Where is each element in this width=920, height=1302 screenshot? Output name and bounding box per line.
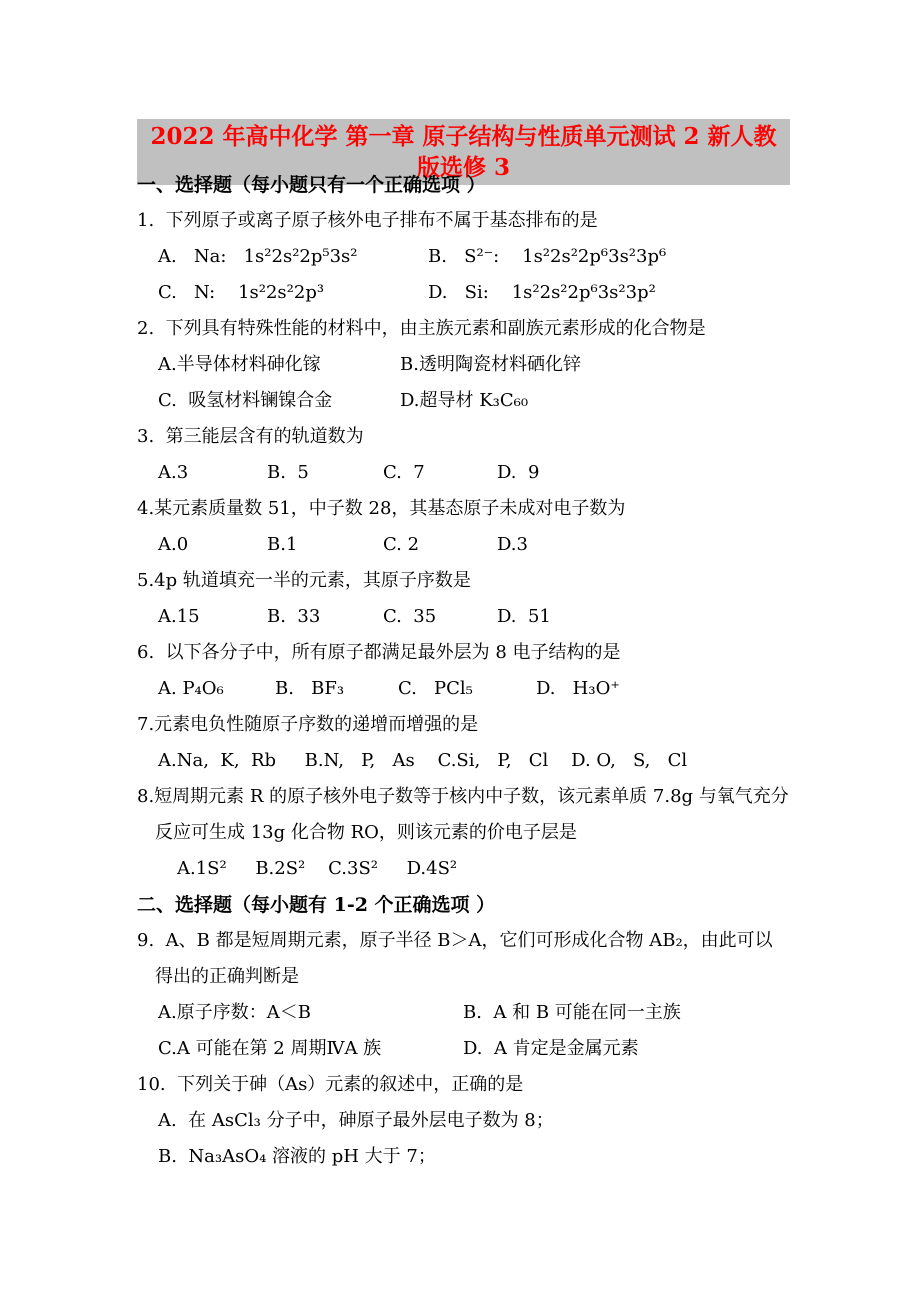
question-8-options-row: A.1S² B.2S² C.3S² D.4S²	[137, 851, 790, 887]
question-4-option-b: B.1	[267, 527, 383, 563]
question-1-option-c: C. N: 1s²2s²2p³	[158, 275, 428, 311]
question-3-options-row: A.3 B. 5 C. 7 D. 9	[137, 455, 790, 491]
document-page: 2022 年高中化学 第一章 原子结构与性质单元测试 2 新人教版选修 3 一、…	[0, 0, 920, 1302]
question-1-option-b: B. S²⁻: 1s²2s²2p⁶3s²3p⁶	[428, 239, 790, 275]
question-10-option-b: B. Na₃AsO₄ 溶液的 pH 大于 7；	[158, 1139, 790, 1175]
question-9-option-a: A.原子序数：A＜B	[158, 995, 463, 1031]
question-9-option-c: C.A 可能在第 2 周期ⅣA 族	[158, 1031, 463, 1067]
question-6-option-c: C. PCl₅	[398, 671, 536, 707]
question-5-option-b: B. 33	[267, 599, 383, 635]
question-2-option-c: C. 吸氢材料镧镍合金	[158, 383, 400, 419]
question-8-text: 8.短周期元素 R 的原子核外电子数等于核内中子数，该元素单质 7.8g 与氧气…	[137, 779, 790, 851]
question-6-option-a: A. P₄O₆	[158, 671, 275, 707]
question-10-option-a-row: A. 在 AsCl₃ 分子中，砷原子最外层电子数为 8；	[137, 1103, 790, 1139]
question-3-option-b: B. 5	[267, 455, 383, 491]
question-9-options-row-1: A.原子序数：A＜B B. A 和 B 可能在同一主族	[137, 995, 790, 1031]
question-1-options-row-2: C. N: 1s²2s²2p³ D. Si: 1s²2s²2p⁶3s²3p²	[137, 275, 790, 311]
title-row: 2022 年高中化学 第一章 原子结构与性质单元测试 2 新人教版选修 3	[137, 119, 790, 155]
question-1-options-row-1: A. Na: 1s²2s²2p⁵3s² B. S²⁻: 1s²2s²2p⁶3s²…	[137, 239, 790, 275]
question-6-option-d: D. H₃O⁺	[536, 671, 790, 707]
question-10-option-a: A. 在 AsCl₃ 分子中，砷原子最外层电子数为 8；	[158, 1103, 790, 1139]
question-9-text: 9. A、B 都是短周期元素，原子半径 B＞A，它们可形成化合物 AB₂，由此可…	[137, 923, 790, 995]
question-10-text: 10. 下列关于砷（As）元素的叙述中，正确的是	[137, 1067, 790, 1103]
question-9-option-d: D. A 肯定是金属元素	[463, 1031, 790, 1067]
question-4-option-a: A.0	[158, 527, 267, 563]
question-4-options-row: A.0 B.1 C. 2 D.3	[137, 527, 790, 563]
question-10-option-b-row: B. Na₃AsO₄ 溶液的 pH 大于 7；	[137, 1139, 790, 1175]
section-2-heading: 二、选择题（每小题有 1-2 个正确选项 ）	[137, 887, 790, 923]
question-7-options-row: A.Na, K, Rb B.N, P, As C.Si, P, Cl D. O,…	[137, 743, 790, 779]
question-3-option-d: D. 9	[497, 455, 790, 491]
question-5-option-a: A.15	[158, 599, 267, 635]
question-2-option-b: B.透明陶瓷材料硒化锌	[400, 347, 790, 383]
question-3-option-c: C. 7	[383, 455, 497, 491]
question-3-option-a: A.3	[158, 455, 267, 491]
question-6-options-row: A. P₄O₆ B. BF₃ C. PCl₅ D. H₃O⁺	[137, 671, 790, 707]
question-7-text: 7.元素电负性随原子序数的递增而增强的是	[137, 707, 790, 743]
question-4-option-c: C. 2	[383, 527, 497, 563]
question-8-options: A.1S² B.2S² C.3S² D.4S²	[177, 851, 790, 887]
question-5-text: 5.4p 轨道填充一半的元素，其原子序数是	[137, 563, 790, 599]
question-5-option-d: D. 51	[497, 599, 790, 635]
question-2-option-a: A.半导体材料砷化镓	[158, 347, 400, 383]
question-6-option-b: B. BF₃	[275, 671, 398, 707]
question-5-option-c: C. 35	[383, 599, 497, 635]
question-2-option-d: D.超导材 K₃C₆₀	[400, 383, 790, 419]
question-1-option-d: D. Si: 1s²2s²2p⁶3s²3p²	[428, 275, 790, 311]
question-2-text: 2. 下列具有特殊性能的材料中，由主族元素和副族元素形成的化合物是	[137, 311, 790, 347]
question-1-option-a: A. Na: 1s²2s²2p⁵3s²	[158, 239, 428, 275]
question-2-options-row-1: A.半导体材料砷化镓 B.透明陶瓷材料硒化锌	[137, 347, 790, 383]
question-1-text: 1. 下列原子或离子原子核外电子排布不属于基态排布的是	[137, 203, 790, 239]
question-9-options-row-2: C.A 可能在第 2 周期ⅣA 族 D. A 肯定是金属元素	[137, 1031, 790, 1067]
question-7-options: A.Na, K, Rb B.N, P, As C.Si, P, Cl D. O,…	[158, 743, 790, 779]
question-6-text: 6. 以下各分子中，所有原子都满足最外层为 8 电子结构的是	[137, 635, 790, 671]
question-4-option-d: D.3	[497, 527, 790, 563]
question-5-options-row: A.15 B. 33 C. 35 D. 51	[137, 599, 790, 635]
document-body: 一、选择题（每小题只有一个正确选项 ） 1. 下列原子或离子原子核外电子排布不属…	[137, 167, 790, 1175]
question-3-text: 3. 第三能层含有的轨道数为	[137, 419, 790, 455]
question-4-text: 4.某元素质量数 51，中子数 28，其基态原子未成对电子数为	[137, 491, 790, 527]
question-2-options-row-2: C. 吸氢材料镧镍合金 D.超导材 K₃C₆₀	[137, 383, 790, 419]
question-9-option-b: B. A 和 B 可能在同一主族	[463, 995, 790, 1031]
